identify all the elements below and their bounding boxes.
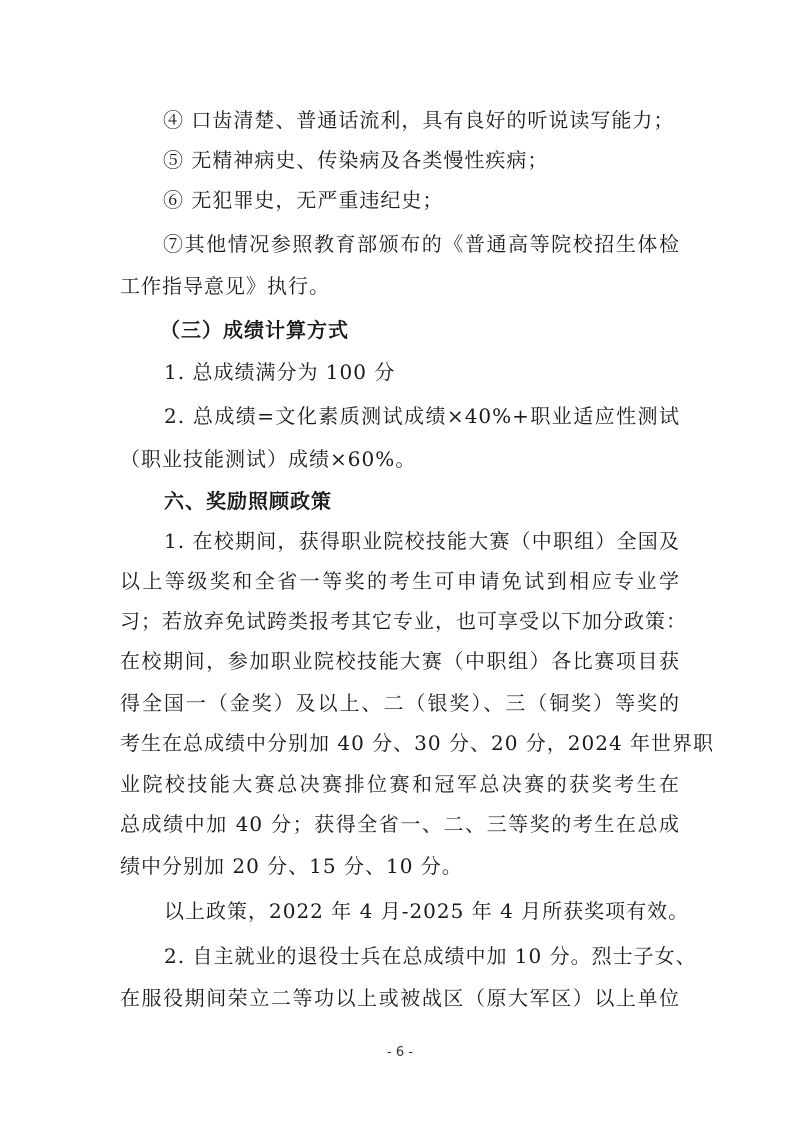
paragraph-line: 1. 总成绩满分为 100 分 [164,352,680,392]
paragraph-line: 总成绩中加 40 分；获得全省一、二、三等奖的考生在总成 [120,804,680,844]
document-page: ④ 口齿清楚、普通话流利，具有良好的听说读写能力； ⑤ 无精神病史、传染病及各类… [0,0,800,1132]
paragraph-line: 以上政策，2022 年 4 月-2025 年 4 月所获奖项有效。 [164,891,680,931]
paragraph-line: 业院校技能大赛总决赛排位赛和冠军总决赛的获奖考生在 [120,764,680,804]
page-number: - 6 - [0,1045,800,1060]
paragraph-line: （职业技能测试）成绩×60%。 [120,439,680,479]
paragraph-line: 得全国一（金奖）及以上、二（银奖）、三（铜奖）等奖的 [120,683,680,723]
list-item-5: ⑤ 无精神病史、传染病及各类慢性疾病； [163,140,723,180]
list-item-7: ⑦其他情况参照教育部颁布的《普通高等院校招生体检 [163,224,680,264]
list-item-6: ⑥ 无犯罪史，无严重违纪史； [163,180,723,220]
paragraph-line: 2. 自主就业的退役士兵在总成绩中加 10 分。烈士子女、 [164,936,680,976]
paragraph-line: 工作指导意见》执行。 [120,266,680,306]
list-item-4: ④ 口齿清楚、普通话流利，具有良好的听说读写能力； [163,100,723,140]
section-heading-score-calculation: （三）成绩计算方式 [160,310,720,350]
paragraph-line: 2. 总成绩=文化素质测试成绩×40%+职业适应性测试 [164,396,680,436]
section-heading-incentive-policy: 六、奖励照顾政策 [164,481,680,521]
paragraph-line: 在服役期间荣立二等功以上或被战区（原大军区）以上单位 [120,978,680,1018]
paragraph-line: 绩中分别加 20 分、15 分、10 分。 [120,846,680,886]
paragraph-line: 在校期间，参加职业院校技能大赛（中职组）各比赛项目获 [120,641,680,681]
paragraph-line: 考生在总成绩中分别加 40 分、30 分、20 分，2024 年世界职 [120,723,680,763]
paragraph-line: 1. 在校期间，获得职业院校技能大赛（中职组）全国及 [164,521,680,561]
paragraph-line: 习；若放弃免试跨类报考其它专业，也可享受以下加分政策： [120,601,680,641]
paragraph-line: 以上等级奖和全省一等奖的考生可申请免试到相应专业学 [120,561,680,601]
